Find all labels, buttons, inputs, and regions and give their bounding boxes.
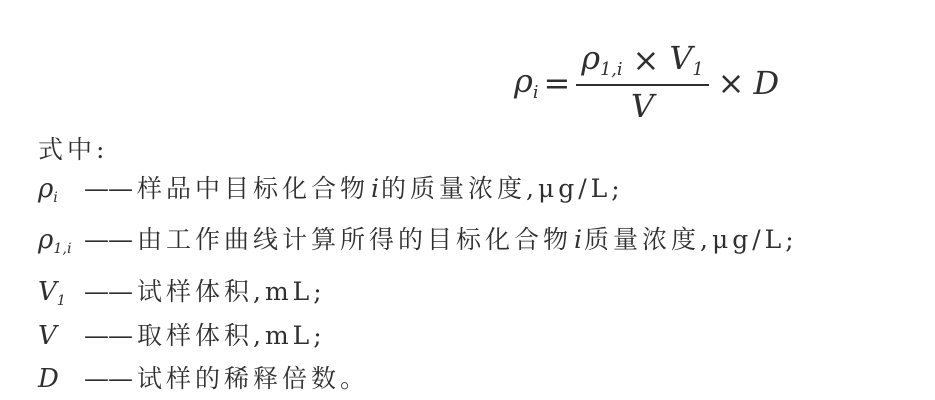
fraction-numerator: ρ1,i × V1 <box>576 42 708 86</box>
numerator-rho-subscript: 1,i <box>600 60 622 80</box>
definition-symbol: ρi <box>38 174 84 213</box>
definition-row-v: V —— 取样体积,mL; <box>38 321 330 360</box>
document-page: ρi = ρ1,i × V1 V × D 式中: ρi —— 样品中目标化合物i… <box>0 0 935 400</box>
formula-fraction: ρ1,i × V1 V <box>576 42 708 123</box>
where-label: 式中: <box>38 130 108 166</box>
definition-dash: —— <box>84 277 132 307</box>
definition-symbol-subscript: 1,i <box>53 241 71 257</box>
definition-variable-i: i <box>574 225 582 254</box>
numerator-rho-symbol: ρ1,i <box>581 42 622 80</box>
definition-symbol: V <box>38 321 84 360</box>
definition-row-rho-1i: ρ1,i —— 由工作曲线计算所得的目标化合物i质量浓度,μg/L; <box>38 225 798 264</box>
definition-text: 由工作曲线计算所得的目标化合物i质量浓度,μg/L; <box>137 225 798 255</box>
formula-block: ρi = ρ1,i × V1 V × D <box>514 42 779 123</box>
definition-text: 试样体积,mL; <box>137 277 330 307</box>
definition-row-v1: V1 —— 试样体积,mL; <box>38 277 330 316</box>
definition-symbol-subscript: i <box>53 190 58 206</box>
numerator-times-operator: × <box>633 44 660 78</box>
definition-dash: —— <box>84 364 132 394</box>
formula-lhs-symbol: ρi <box>514 62 538 103</box>
definition-symbol: D <box>38 364 84 400</box>
definition-text: 取样体积,mL; <box>137 321 330 351</box>
numerator-v-subscript: 1 <box>692 60 703 80</box>
definition-symbol: V1 <box>38 277 84 316</box>
definition-symbol: ρ1,i <box>38 225 84 264</box>
definition-text: 试样的稀释倍数。 <box>137 364 373 394</box>
numerator-v-symbol: V1 <box>669 42 703 80</box>
definition-variable-i: i <box>371 174 379 203</box>
fraction-denominator: V <box>631 86 654 124</box>
formula-dilution-factor: D <box>753 64 779 102</box>
formula-equals: = <box>543 64 569 102</box>
definition-text: 样品中目标化合物i的质量浓度,μg/L; <box>137 174 624 204</box>
definition-row-d: D —— 试样的稀释倍数。 <box>38 364 373 400</box>
formula-times-operator: × <box>718 64 745 102</box>
definition-dash: —— <box>84 225 132 255</box>
definition-symbol-subscript: 1 <box>57 293 66 309</box>
definition-dash: —— <box>84 321 132 351</box>
formula-lhs-subscript: i <box>533 83 539 103</box>
definition-dash: —— <box>84 174 132 204</box>
definition-row-rho-i: ρi —— 样品中目标化合物i的质量浓度,μg/L; <box>38 174 624 213</box>
